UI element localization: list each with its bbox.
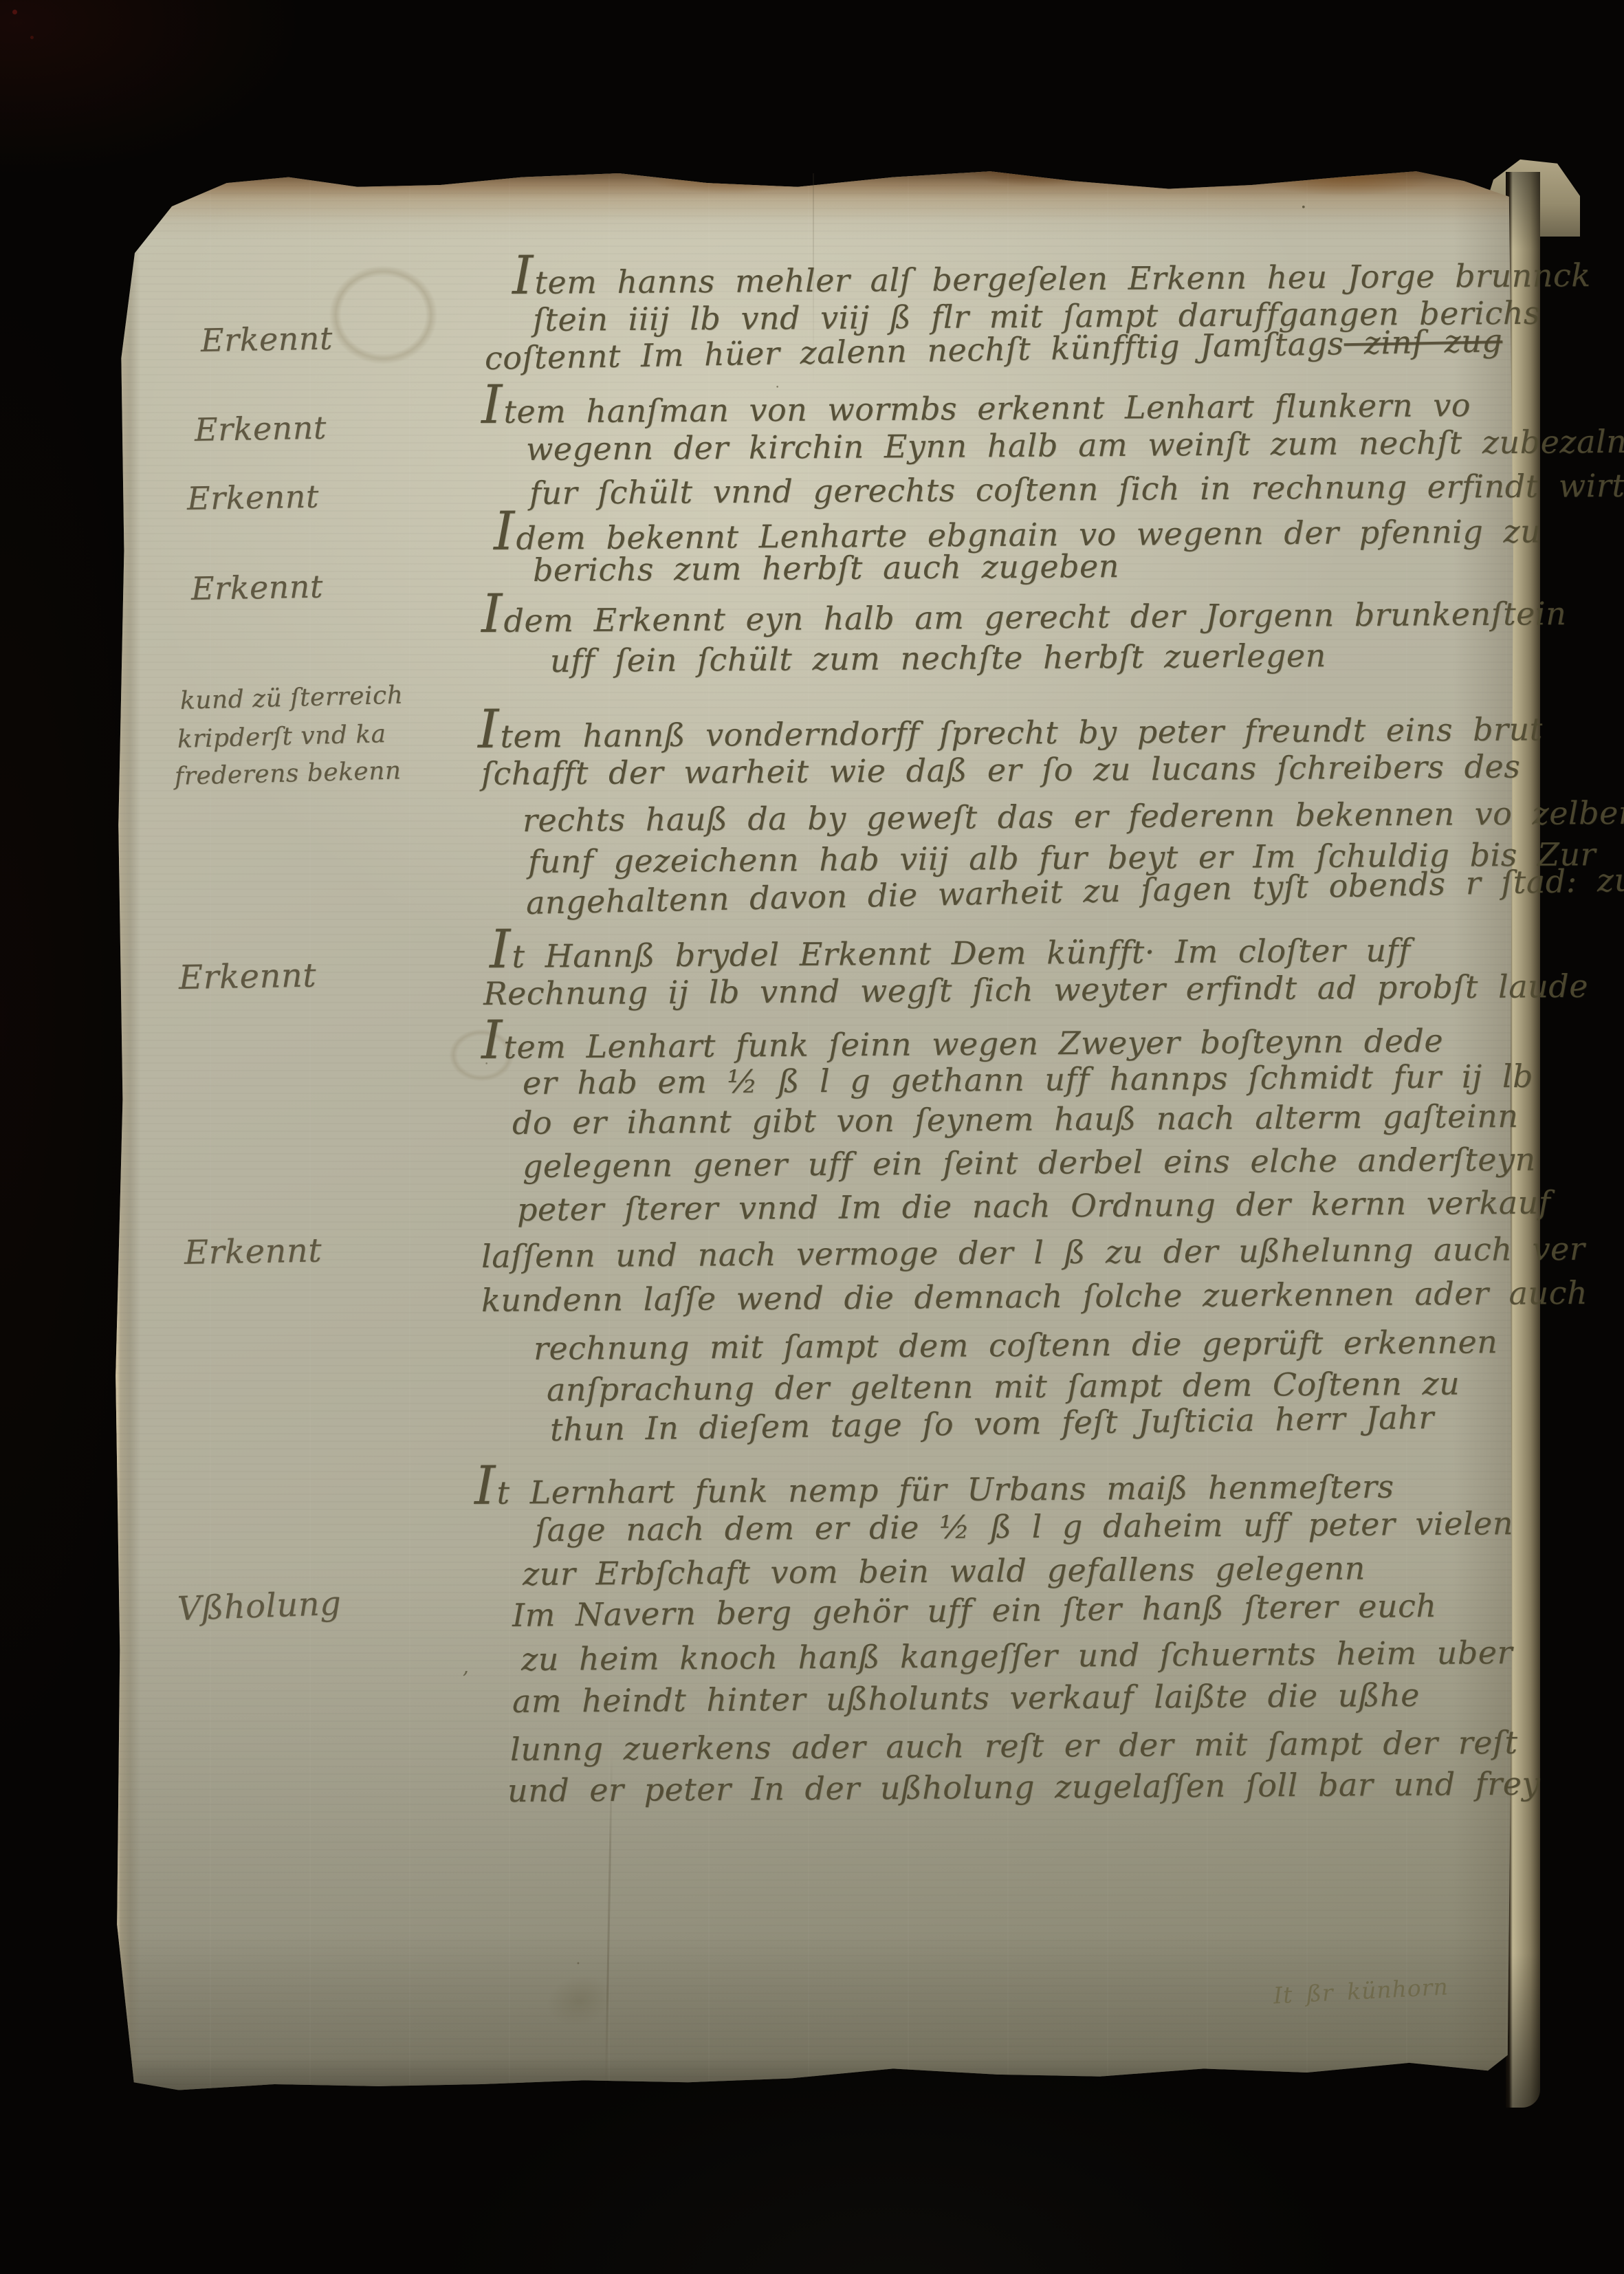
- ink-mark: •: [576, 1961, 580, 1968]
- ink-mark: •: [485, 1062, 488, 1068]
- ink-mark: •: [776, 385, 779, 391]
- ink-marks: ’••••: [0, 0, 1624, 2274]
- ink-mark: ’: [462, 1670, 469, 1690]
- ink-mark: •: [1301, 204, 1306, 212]
- photo-background: ErkenntErkenntErkenntErkenntkund zü ſter…: [0, 0, 1624, 2274]
